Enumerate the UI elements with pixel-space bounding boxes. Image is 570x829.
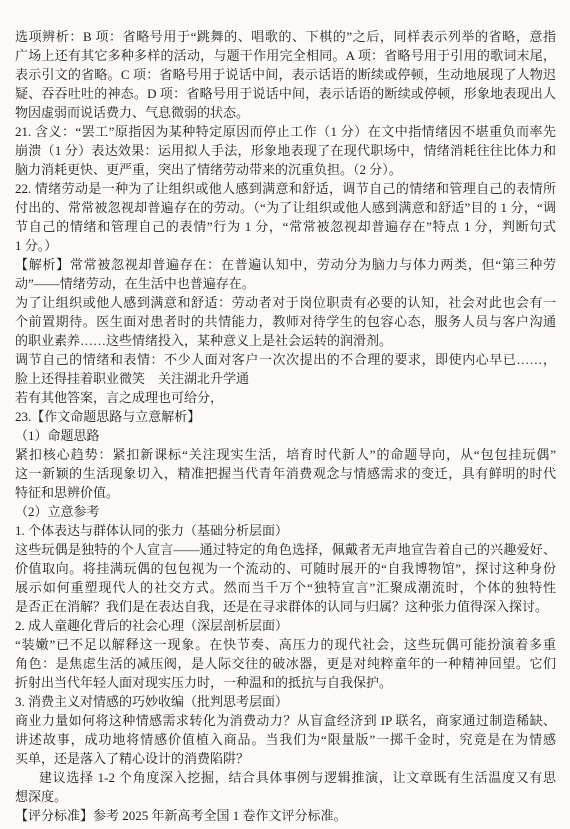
text-line: 表示引文的省略。C 项：省略号用于说话中间，表示话语的断续或停顿，生动地展现了人… xyxy=(15,65,556,84)
text-line: 崩溃（1 分）表达效果：运用拟人手法，形象地表现了在现代职场中，情绪消耗往往比体… xyxy=(15,141,556,160)
text-line: 动”——情绪劳动，在生活中也普遍存在。 xyxy=(15,274,556,293)
text-line: 节自己的情绪和管理自己的表情”行为 1 分，“常常被忽视却普遍存在”特点 1 分… xyxy=(15,217,556,236)
text-line: 【解析】常常被忽视却普遍存在：在普遍认知中，劳动分为脑力与体力两类，但“第三种劳 xyxy=(15,255,556,274)
text-line: 买单，还是落入了精心设计的消费陷阱？ xyxy=(15,749,556,768)
text-line: 折射出当代年轻人面对现实压力时，一种温和的抵抗与自我保护。 xyxy=(15,673,556,692)
text-line: 建议选择 1-2 个角度深入挖掘，结合具体事例与逻辑推演，让文章既有生活温度又有… xyxy=(15,768,556,787)
text-line: 紧扣核心趋势：紧扣新课标“关注现实生活，培育时代新人”的命题导向，从“包包挂玩偶… xyxy=(15,445,556,464)
text-line: 调节自己的情绪和表情：不少人面对客户一次次提出的不合理的要求，即使内心早已……， xyxy=(15,350,556,369)
sub-heading-line: （2）立意参考 xyxy=(15,502,556,521)
text-line: 讲述故事，成功地将情感价值植入商品。当我们为“限量版”一掷千金时，究竟是在为情感 xyxy=(15,730,556,749)
text-line: 1 分。） xyxy=(15,236,556,255)
text-line: 脑力消耗更快、更严重，突出了情绪劳动带来的沉重负担。（2 分）。 xyxy=(15,160,556,179)
section-heading-line: 23.【作文命题思路与立意解析】 xyxy=(15,407,556,426)
text-line: 选项辨析：B 项：省略号用于“跳舞的、唱歌的、下棋的”之后，同样表示列举的省略，… xyxy=(15,27,556,46)
text-line: 21. 含义：“罢工”原指因为某种特定原因而停止工作（1 分）在文中指情绪因不堪… xyxy=(15,122,556,141)
text-line: 这一新颖的生活现象切入，精准把握当代青年消费观念与情感需求的变迁，具有鲜明的时代 xyxy=(15,464,556,483)
list-item-heading: 2. 成人童趣化背后的社会心理（深层剖析层面） xyxy=(15,616,556,635)
text-line: 22. 情绪劳动是一种为了让组织或他人感到满意和舒适，调节自己的情绪和管理自己的… xyxy=(15,179,556,198)
text-line: 广场上还有其它多种多样的活动，与题干作用完全相同。A 项：省略号用于引用的歌词末… xyxy=(15,46,556,65)
text-line: 商业力量如何将这种情感需求转化为消费动力？从盲盒经济到 IP 联名，商家通过制造… xyxy=(15,711,556,730)
text-line: 个前置期待。医生面对患者时的共情能力，教师对待学生的包容心态，服务人员与客户沟通 xyxy=(15,312,556,331)
text-line: 角色：是焦虑生活的减压阀，是人际交往的破冰器，更是对纯粹童年的一种精神回望。它们 xyxy=(15,654,556,673)
text-line: 特征和思辨价值。 xyxy=(15,483,556,502)
text-line: 这些玩偶是独特的个人宣言——通过特定的角色选择，佩戴者无声地宣告着自己的兴趣爱好… xyxy=(15,540,556,559)
document-page: 选项辨析：B 项：省略号用于“跳舞的、唱歌的、下棋的”之后，同样表示列举的省略，… xyxy=(0,0,570,829)
sub-heading-line: （1）命题思路 xyxy=(15,426,556,445)
text-line: 【评分标准】参考 2025 年新高考全国 1 卷作文评分标准。 xyxy=(15,806,556,825)
text-line: “装嫩”已不足以解释这一现象。在快节奏、高压力的现代社会，这些玩偶可能扮演着多重 xyxy=(15,635,556,654)
text-line: 脸上还得挂着职业微笑 关注湖北升学通 xyxy=(15,369,556,388)
text-line: 付出的、常常被忽视却普遍存在的劳动。（“为了让组织或他人感到满意和舒适”目的 1… xyxy=(15,198,556,217)
text-line: 疑、吞吞吐吐的神态。D 项：省略号用于说话中间，表示话语的断续或停顿，形象地表现… xyxy=(15,84,556,103)
text-line: 想深度。 xyxy=(15,787,556,806)
text-line: 是否正在消解？我们是在表达自我，还是在寻求群体的认同与归属？这种张力值得深入探讨… xyxy=(15,597,556,616)
text-line: 价值取向。将挂满玩偶的包包视为一个流动的、可随时展开的“自我博物馆”，探讨这种身… xyxy=(15,559,556,578)
text-line: 的职业素养……这些情绪投入，某种意义上是社会运转的润滑剂。 xyxy=(15,331,556,350)
text-line: 为了让组织或他人感到满意和舒适：劳动者对于岗位职责有必要的认知，社会对此也会有一 xyxy=(15,293,556,312)
text-line: 若有其他答案，言之成理也可给分， xyxy=(15,388,556,407)
list-item-heading: 1. 个体表达与群体认同的张力（基础分析层面） xyxy=(15,521,556,540)
text-line: 展示如何重塑现代人的社交方式。然而当千万个“独特宣言”汇聚成潮流时，个体的独特性 xyxy=(15,578,556,597)
text-line: 物因虚弱而说话费力、气息微弱的状态。 xyxy=(15,103,556,122)
list-item-heading: 3. 消费主义对情感的巧妙收编（批判思考层面） xyxy=(15,692,556,711)
